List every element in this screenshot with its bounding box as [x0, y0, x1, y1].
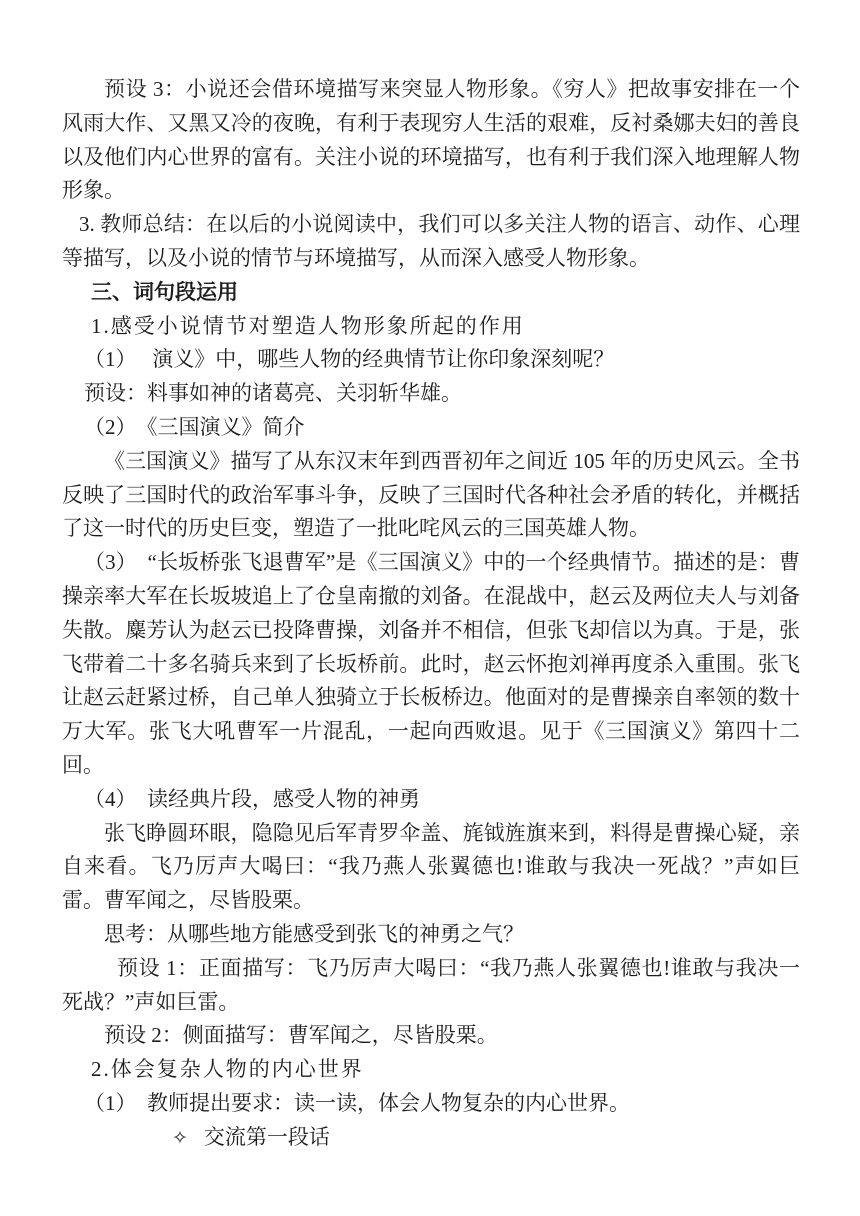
item-1-question-line: （1） 演义》中，哪些人物的经典情节让你印象深刻呢？: [62, 343, 800, 377]
preset-1-paragraph: 预设 1：正面描写：飞乃厉声大喝曰：“我乃燕人张翼德也!谁敢与我决一死战？”声如…: [62, 952, 800, 1020]
document-page: 预设 3：小说还会借环境描写来突显人物形象。《穷人》把故事安排在一个风雨大作、又…: [0, 0, 860, 1216]
teacher-summary-paragraph: 3. 教师总结：在以后的小说阅读中，我们可以多关注人物的语言、动作、心理等描写，…: [62, 208, 800, 276]
exchange-first-passage-item: ✧交流第一段话: [62, 1121, 800, 1156]
point-1-heading: 1.感受小说情节对塑造人物形象所起的作用: [62, 310, 800, 344]
preset-3-paragraph: 预设 3：小说还会借环境描写来突显人物形象。《穷人》把故事安排在一个风雨大作、又…: [62, 73, 800, 208]
preset-2-line: 预设 2：侧面描写：曹军闻之，尽皆股栗。: [62, 1019, 800, 1053]
item-4-line: （4） 读经典片段，感受人物的神勇: [62, 783, 800, 817]
sanguo-intro-paragraph: 《三国演义》描写了从东汉末年到西晋初年之间近 105 年的历史风云。全书反映了三…: [62, 445, 800, 546]
bullet-item-label: 交流第一段话: [204, 1125, 330, 1149]
point-2-heading: 2.体会复杂人物的内心世界: [62, 1053, 800, 1087]
preset-answer-line: 预设：料事如神的诸葛亮、关羽斩华雄。: [62, 377, 800, 411]
section-3-heading: 三、词句段运用: [62, 276, 800, 310]
changban-story-paragraph: （3） “长坂桥张飞退曹军”是《三国演义》中的一个经典情节。描述的是：曹操亲率大…: [62, 546, 800, 783]
diamond-bullet-icon: ✧: [117, 1122, 188, 1156]
teacher-request-line: （1） 教师提出要求：读一读，体会人物复杂的内心世界。: [62, 1087, 800, 1121]
zhangfei-excerpt-paragraph: 张飞睁圆环眼，隐隐见后军青罗伞盖、旄钺旌旗来到，料得是曹操心疑，亲自来看。飞乃厉…: [62, 817, 800, 918]
think-question-line: 思考：从哪些地方能感受到张飞的神勇之气？: [62, 918, 800, 952]
item-2-line: （2） 《三国演义》简介: [62, 411, 800, 445]
